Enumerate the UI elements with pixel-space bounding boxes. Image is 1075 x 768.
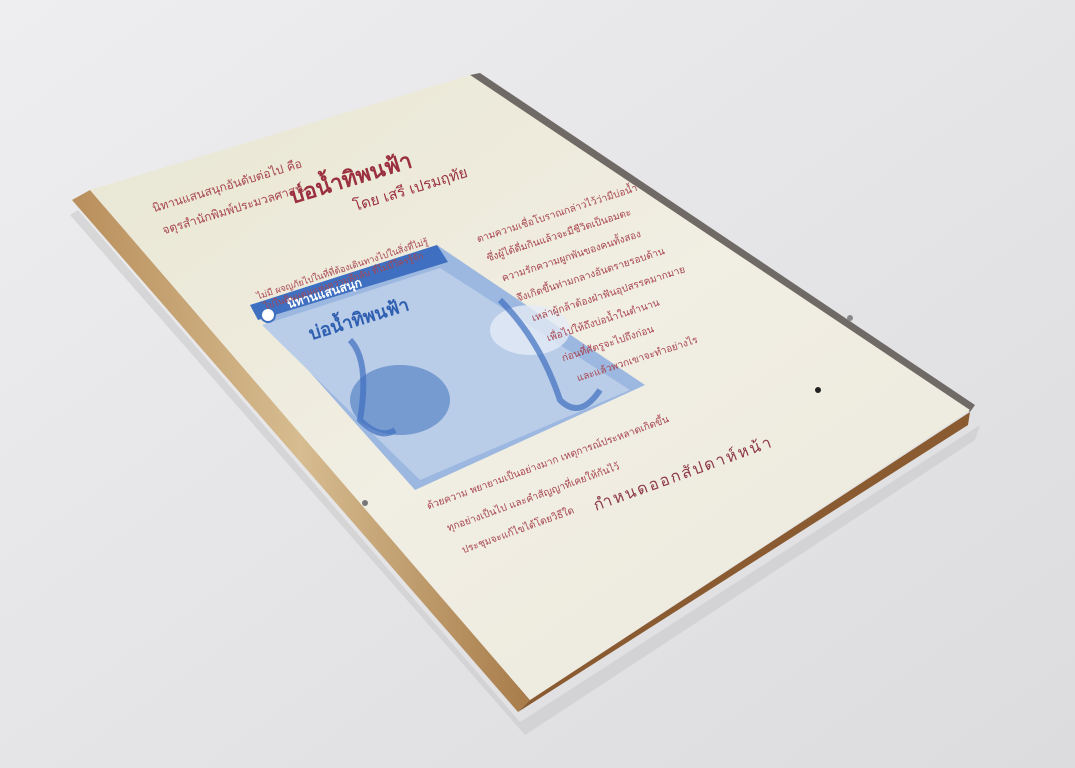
staple (362, 500, 368, 506)
photo-scene: นิทานแสนสนุกอันดับต่อไป คือ จตุรสำนักพิม… (0, 0, 1075, 768)
staple (847, 315, 853, 321)
mark (815, 387, 821, 393)
book-illustration (0, 0, 1075, 768)
